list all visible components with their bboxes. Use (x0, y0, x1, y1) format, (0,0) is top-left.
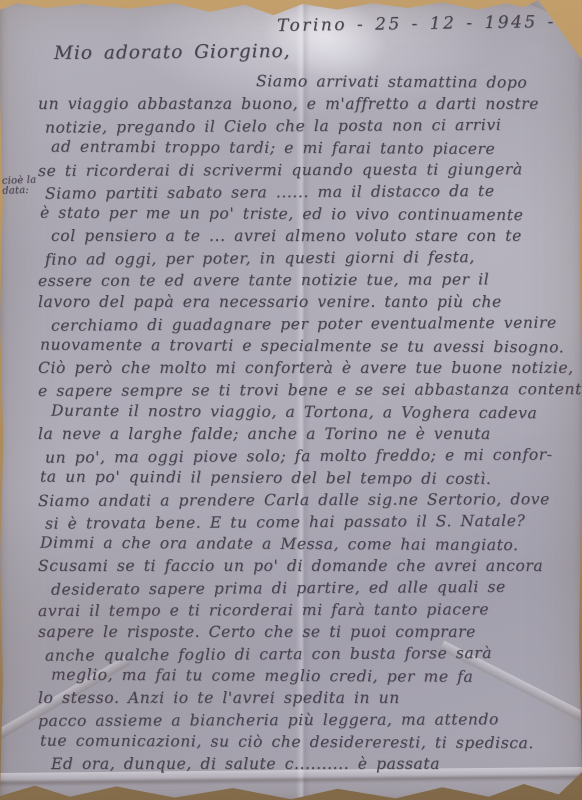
letter-salutation: Mio adorato Giorgino, (54, 41, 291, 64)
letter-line: meglio, ma fai tu come meglio credi, per… (51, 664, 582, 689)
letter-line: Ed ora, dunque, di salute c.......... è … (51, 753, 582, 775)
letter-line: notizie, pregando il Cielo che la posta … (45, 113, 582, 138)
letter-line: un po', ma oggi piove solo; fa molto fre… (45, 443, 582, 468)
letter-line: si è trovata bene. E tu come hai passato… (45, 509, 582, 534)
letter-line: Siamo arrivati stamattina dopo (256, 70, 582, 94)
letter-line: lo stesso. Anzi io te l'avrei spedita in… (38, 687, 582, 709)
letter-body: Siamo arrivati stamattina dopo un viaggi… (38, 71, 582, 775)
letter-line: Ciò però che molto mi conforterà è avere… (38, 357, 582, 379)
letter-line: cerchiamo di guadagnare per poter eventu… (51, 311, 582, 336)
letter-line: essere con te ed avere tante notizie tue… (38, 268, 582, 292)
letter-line: desiderato sapere prima di partire, ed a… (51, 575, 582, 600)
letter-line: Durante il nostro viaggio, a Tortona, a … (51, 400, 582, 425)
letter-line: Siamo andati a prendere Carla dalle sig.… (38, 488, 582, 512)
letter-line: e sapere sempre se ti trovi bene e se se… (38, 378, 582, 402)
letter-date: Torino - 25 - 12 - 1945 - (277, 12, 556, 36)
letter-paper: Torino - 25 - 12 - 1945 - Mio adorato Gi… (0, 0, 582, 800)
letter-line: Siamo partiti sabato sera ...... ma il d… (45, 179, 582, 204)
letter-line: pacco assieme a biancheria più leggera, … (38, 708, 582, 732)
letter-line: lavoro del papà era necessario venire. t… (38, 291, 582, 313)
letter-line: Dimmi a che ora andate a Messa, come hai… (40, 532, 582, 557)
letter-line: se ti ricorderai di scrivermi quando que… (38, 158, 582, 182)
letter-line: ta un po' quindi il pensiero del bel tem… (40, 466, 582, 491)
letter-line: sapere le risposte. Certo che se ti puoi… (38, 621, 582, 643)
letter-line: è stato per me un po' triste, ed io vivo… (40, 202, 582, 227)
letter-line: avrai il tempo e ti ricorderai mi farà t… (38, 598, 582, 622)
scanned-letter: Torino - 25 - 12 - 1945 - Mio adorato Gi… (0, 0, 582, 800)
letter-line: col pensiero a te ... avrei almeno volut… (51, 225, 582, 247)
letter-line: ad entrambi troppo tardi; e mi farai tan… (51, 136, 582, 161)
letter-line: nuovamente a trovarti e specialmente se … (40, 334, 582, 359)
letter-line: Scusami se ti faccio un po' di domande c… (38, 555, 582, 577)
letter-line: anche qualche foglio di carta con busta … (45, 641, 582, 666)
letter-line: fino ad oggi, per poter, in questi giorn… (45, 245, 582, 270)
letter-line: la neve a larghe falde; anche a Torino n… (38, 423, 582, 445)
letter-line: tue comunicazioni, su ciò che desiderere… (40, 730, 582, 755)
letter-line: un viaggio abbastanza buono, e m'affrett… (38, 93, 582, 115)
